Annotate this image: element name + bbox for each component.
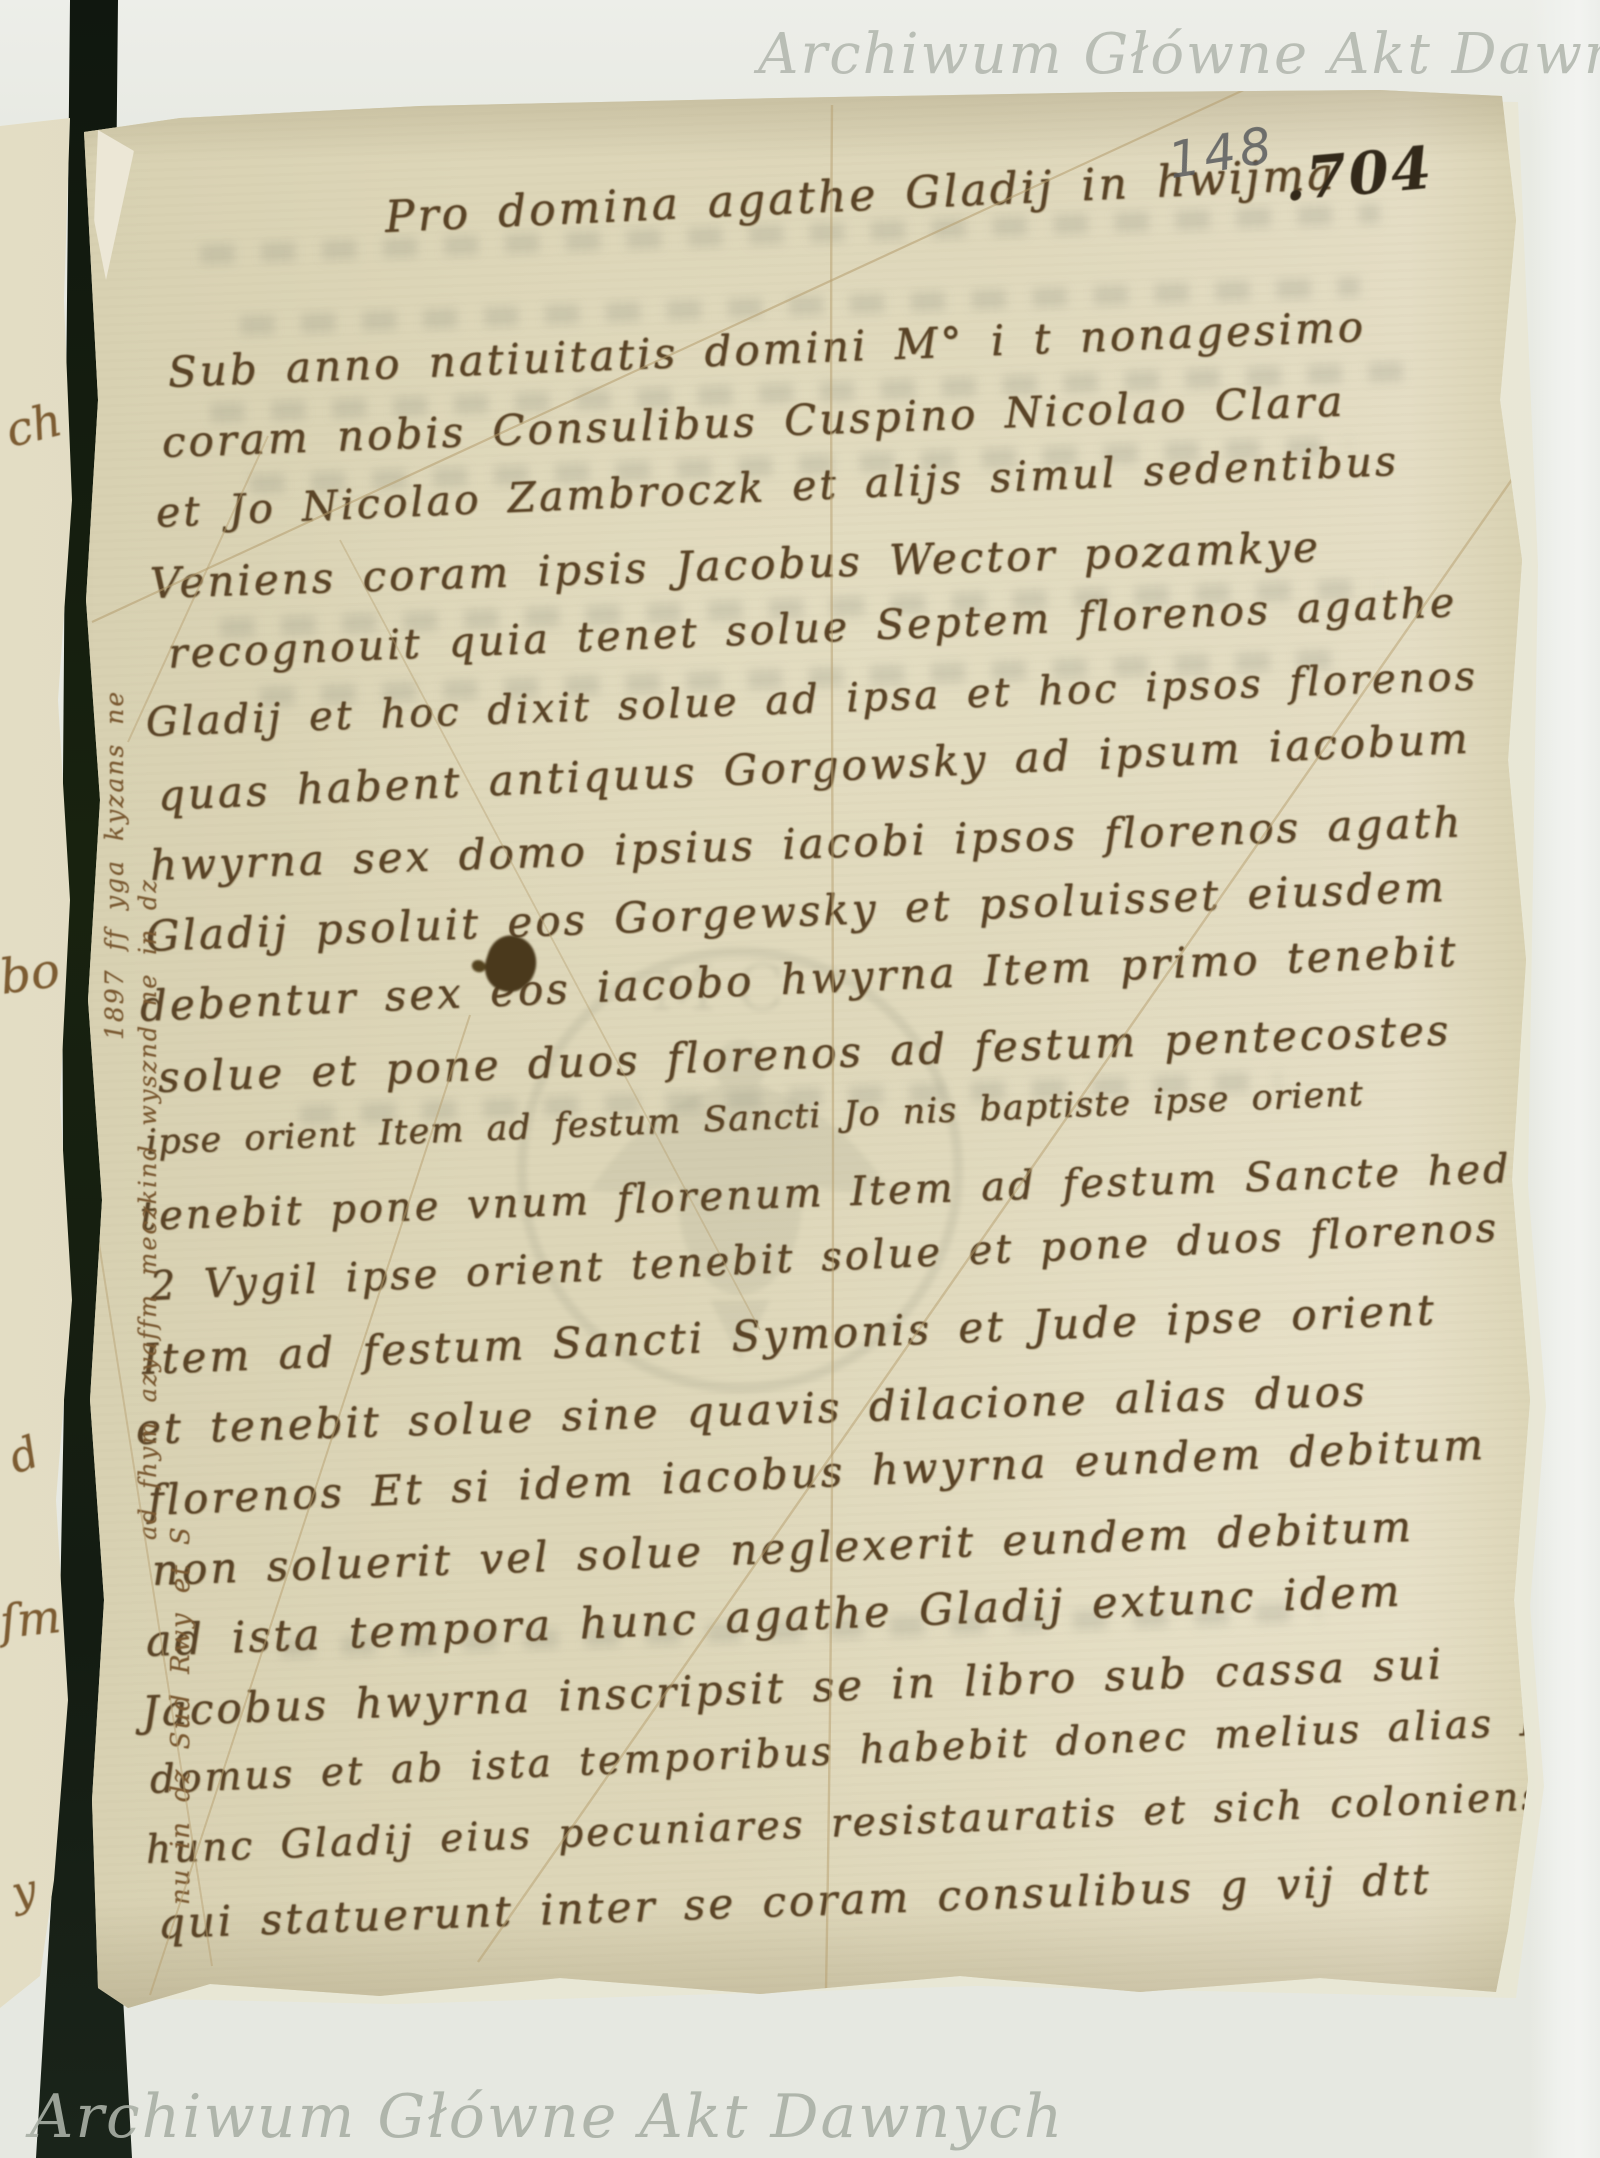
facing-fragment: d [2,1427,46,1485]
facing-fragment: y [7,1864,40,1917]
scratch-lines [0,0,1600,2158]
scan-background-right [1530,0,1600,2158]
manuscript-scan: ch bo d ſm y M C Pro domina agathe Gl [0,0,1600,2158]
archive-watermark-bottom: Archiwum Główne Akt Dawnych [30,2082,1064,2152]
facing-fragment: ſm [0,1589,63,1649]
archive-watermark-top: Archiwum Główne Akt Dawnych [758,22,1600,87]
page-number-ink: .704 [1281,134,1436,215]
facing-fragment: ch [0,392,67,458]
facing-fragment: bo [0,942,63,1006]
manuscript-page: M C Pro domina agathe Gladij in hwijma S… [0,0,1600,2158]
